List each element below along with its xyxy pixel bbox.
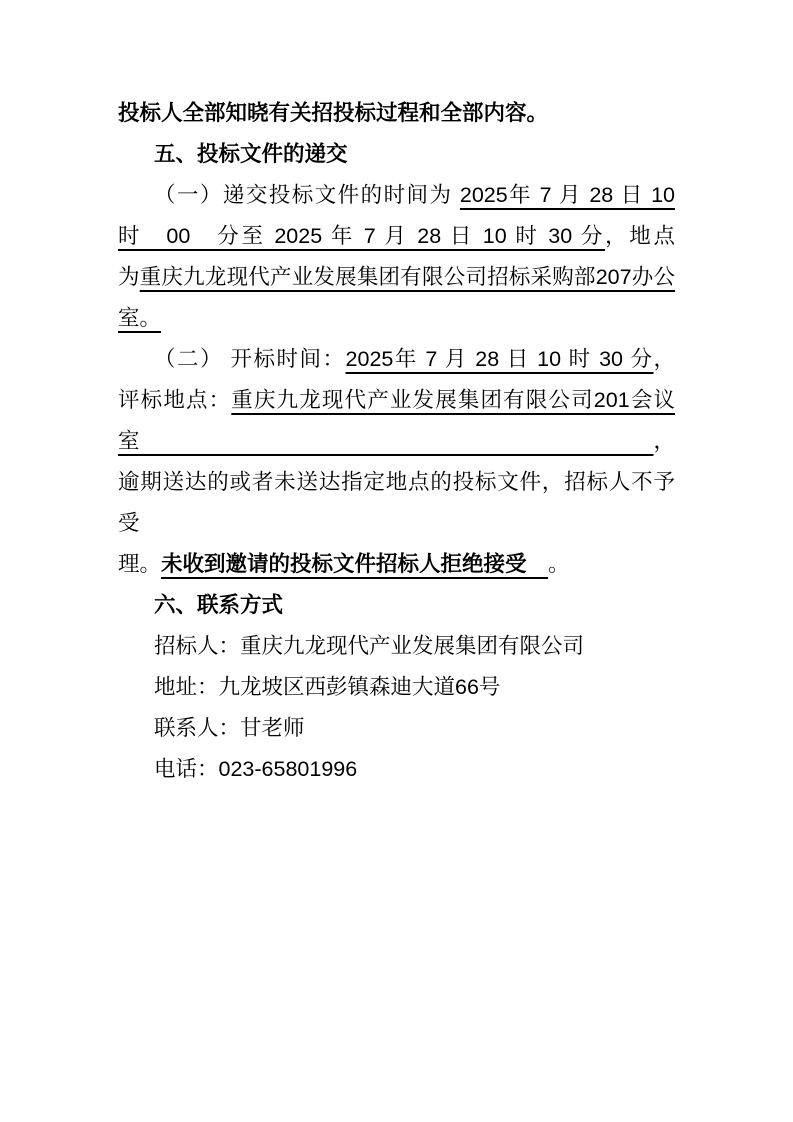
text-segment: 六、联系方式: [154, 593, 283, 617]
text-segment: 投标人全部知晓有关招投标过程和全部内容。: [118, 101, 548, 125]
text-segment: 。: [548, 552, 570, 576]
line-phone: 电话：023-65801996: [118, 749, 675, 790]
line-submission-time-1: （一）递交投标文件的时间为 2025年 7 月 28 日 10: [118, 175, 675, 216]
text-segment: 2025年 7 月 28 日 10: [460, 183, 675, 207]
text-segment: 地址：九龙坡区西彭镇森迪大道66号: [154, 675, 500, 699]
text-segment: 未收到邀请的投标文件招标人拒绝接受: [161, 552, 548, 576]
line-opening-time: （二） 开标时间：2025年 7 月 28 日 10 时 30 分，: [118, 339, 675, 380]
line-submission-time-2: 时 00 分至 2025 年 7 月 28 日 10 时 30 分，地点: [118, 216, 675, 257]
heading-section-5-submission: 五、投标文件的递交: [118, 134, 675, 175]
text-segment: 电话：023-65801996: [154, 757, 357, 781]
text-segment: 评标地点：: [118, 388, 231, 412]
text-segment: 为: [118, 265, 140, 289]
text-segment: 联系人：甘老师: [154, 716, 305, 740]
line-submission-place-2: 室。: [118, 298, 675, 339]
line-evaluation-place: 评标地点：重庆九龙现代产业发展集团有限公司201会议室，: [118, 380, 675, 462]
line-late-delivery-1: 逾期送达的或者未送达指定地点的投标文件，招标人不予受: [118, 462, 675, 544]
line-late-delivery-2-warning: 理。未收到邀请的投标文件招标人拒绝接受 。: [118, 544, 675, 585]
text-segment: 时 00 分至 2025 年 7 月 28 日 10 时 30 分: [118, 224, 605, 248]
text-segment: 五、投标文件的递交: [154, 142, 348, 166]
text-segment: ，地点: [605, 224, 675, 248]
text-segment: 室。: [118, 306, 161, 330]
text-segment: 2025年 7 月 28 日 10 时 30 分: [346, 347, 654, 371]
para-bidder-knowledge: 投标人全部知晓有关招投标过程和全部内容。: [118, 93, 675, 134]
line-tenderer: 招标人：重庆九龙现代产业发展集团有限公司: [118, 626, 675, 667]
line-contact-person: 联系人：甘老师: [118, 708, 675, 749]
line-address: 地址：九龙坡区西彭镇森迪大道66号: [118, 667, 675, 708]
text-segment: （二） 开标时间：: [154, 347, 346, 371]
document-content: 投标人全部知晓有关招投标过程和全部内容。五、投标文件的递交（一）递交投标文件的时…: [118, 93, 675, 790]
document-page: 投标人全部知晓有关招投标过程和全部内容。五、投标文件的递交（一）递交投标文件的时…: [0, 0, 793, 1122]
text-segment: ，: [653, 347, 675, 371]
text-segment: 理。: [118, 552, 161, 576]
heading-section-6-contact: 六、联系方式: [118, 585, 675, 626]
text-segment: 招标人：重庆九龙现代产业发展集团有限公司: [154, 634, 584, 658]
text-segment: （一）递交投标文件的时间为: [154, 183, 460, 207]
text-segment: 重庆九龙现代产业发展集团有限公司招标采购部207办公: [140, 265, 675, 289]
text-segment: 逾期送达的或者未送达指定地点的投标文件，招标人不予受: [118, 470, 675, 535]
line-submission-place-1: 为重庆九龙现代产业发展集团有限公司招标采购部207办公: [118, 257, 675, 298]
text-segment: ，: [653, 429, 675, 453]
